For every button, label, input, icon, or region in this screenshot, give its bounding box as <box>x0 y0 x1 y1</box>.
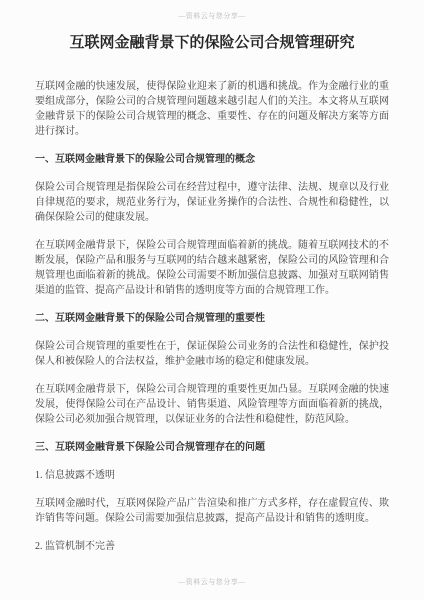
paragraph: 互联网金融时代，互联网保险产品广告渲染和推广方式多样，存在虚假宣传、欺诈销售等问… <box>35 496 389 526</box>
paragraph: 在互联网金融背景下，保险公司合规管理面临着新的挑战。随着互联网技术的不断发展，保… <box>35 238 389 298</box>
document-body: 互联网金融的快速发展，使得保险业迎来了新的机遇和挑战。作为金融行业的重要组成部分… <box>35 79 389 554</box>
paragraph: 保险公司合规管理的重要性在于，保证保险公司业务的合法性和稳健性，保护投保人和被保… <box>35 339 389 369</box>
paragraph: 保险公司合规管理是指保险公司在经营过程中，遵守法律、法规、规章以及行业自律规范的… <box>35 180 389 225</box>
section-heading: 一、互联网金融背景下的保险公司合规管理的概念 <box>35 152 389 167</box>
section-heading: 三、互联网金融背景下保险公司合规管理存在的问题 <box>35 440 389 455</box>
numbered-item: 1. 信息披露不透明 <box>35 468 389 483</box>
paragraph: 在互联网金融背景下，保险公司合规管理的重要性更加凸显。互联网金融的快速发展，使得… <box>35 382 389 427</box>
paragraph: 互联网金融的快速发展，使得保险业迎来了新的机遇和挑战。作为金融行业的重要组成部分… <box>35 79 389 139</box>
document-title: 互联网金融背景下的保险公司合规管理研究 <box>35 33 389 53</box>
watermark-top: —资料云与您分享— <box>0 12 424 20</box>
section-heading: 二、互联网金融背景下的保险公司合规管理的重要性 <box>35 311 389 326</box>
watermark-bottom: —资料云与您分享— <box>0 578 424 586</box>
document-page: —资料云与您分享— 互联网金融背景下的保险公司合规管理研究 互联网金融的快速发展… <box>0 0 424 600</box>
numbered-item: 2. 监管机制不完善 <box>35 539 389 554</box>
